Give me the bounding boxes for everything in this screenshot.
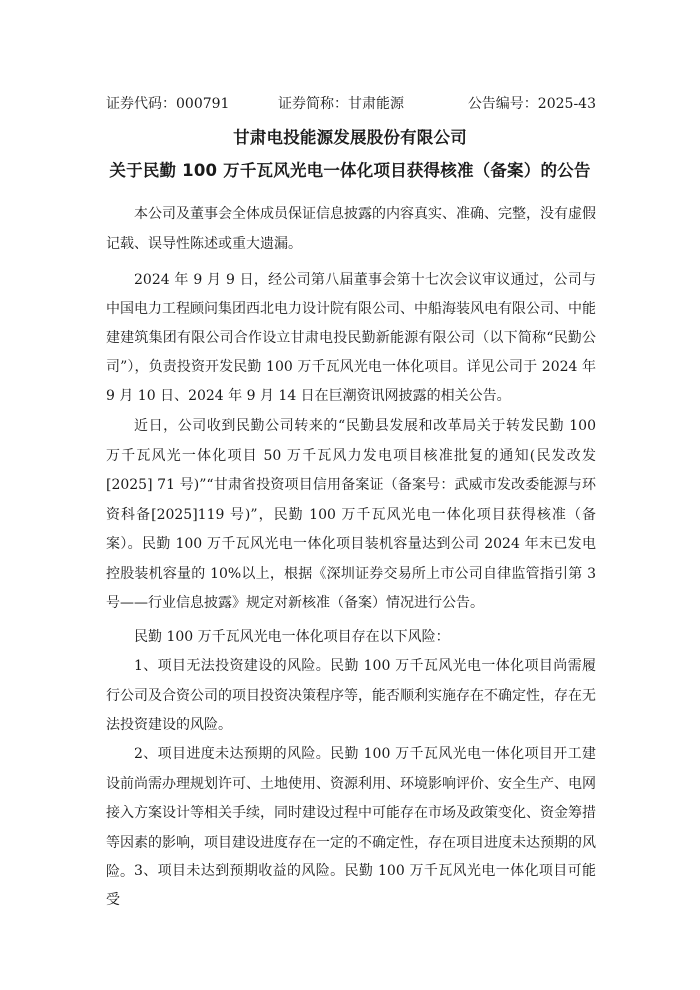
security-code: 证券代码：000791 xyxy=(106,94,229,114)
announcement-number: 公告编号：2025-43 xyxy=(468,94,596,114)
document-page: 证券代码：000791 证券简称：甘肃能源 公告编号：2025-43 甘肃电投能… xyxy=(0,0,700,990)
announcement-header: 证券代码：000791 证券简称：甘肃能源 公告编号：2025-43 xyxy=(106,94,596,114)
company-title: 甘肃电投能源发展股份有限公司 xyxy=(90,126,610,150)
approval-paragraph: 近日，公司收到民勤公司转来的“民勤县发展和改革局关于转发民勤 100 万千瓦风光… xyxy=(106,412,596,619)
background-paragraph: 2024 年 9 月 9 日，经公司第八届董事会第十七次会议审议通过，公司与中国… xyxy=(106,266,596,411)
security-name: 证券简称：甘肃能源 xyxy=(278,94,404,114)
risk-intro-paragraph: 民勤 100 万千瓦风光电一体化项目存在以下风险： xyxy=(106,623,596,652)
risk-item-1: 1、项目无法投资建设的风险。民勤 100 万千瓦风光电一体化项目尚需履行公司及合… xyxy=(106,652,596,741)
disclaimer-paragraph: 本公司及董事会全体成员保证信息披露的内容真实、准确、完整，没有虚假记载、误导性陈… xyxy=(106,199,596,259)
announcement-title: 关于民勤 100 万千瓦风光电一体化项目获得核准（备案）的公告 xyxy=(90,159,610,183)
risk-item-3: 3、项目未达到预期收益的风险。民勤 100 万千瓦风光电一体化项目可能受 xyxy=(106,857,596,915)
